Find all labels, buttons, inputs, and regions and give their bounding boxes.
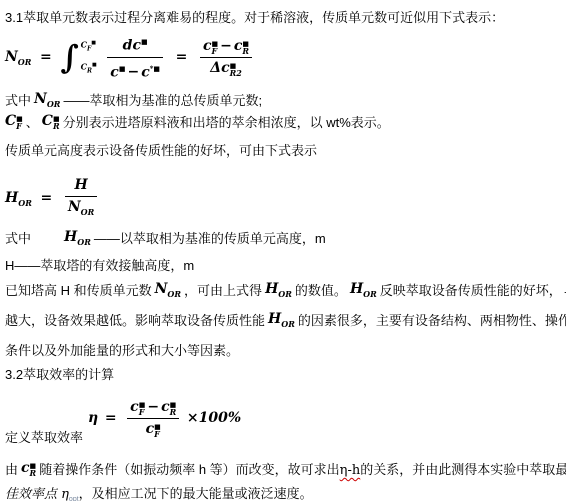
cf-inline: C■F [5, 113, 23, 129]
cf-supsub: ■F [212, 40, 219, 56]
htu-fraction: H NOR [65, 176, 97, 222]
integral-limits: CF■ CR■ [81, 39, 97, 75]
document-page: 3.1萃取单元数表示过程分离难易的程度。对于稀溶液，传质单元数可近似用下式表示：… [0, 0, 566, 501]
cr-change-line: 由c■R随着操作条件（如振动频率 h 等）而改变，故可求出η-h的关系，并由此测… [5, 459, 566, 480]
eta-symbol: η [88, 410, 98, 426]
where-ntu-desc: ——萃取相为基准的总传质单元数; [63, 93, 262, 108]
square-sup: ■ [91, 40, 96, 46]
integrand-denominator: c■−c*■ [107, 58, 163, 83]
equals-sign: = [40, 49, 52, 65]
ntu-formula: NOR = ∫ CF■ CR■ dc■ c■−c*■ = c■F−c■R Δc■… [5, 32, 256, 82]
where-label: 式中 [5, 93, 31, 108]
driving-force-numerator: c■F−c■R [200, 37, 252, 58]
section-3-2-title: 3.2萃取效率的计算 [5, 365, 114, 384]
enumeration-comma: 、 [26, 115, 39, 130]
sub-r: R [87, 67, 92, 74]
lower-limit: CR■ [81, 61, 97, 75]
var-c: c [110, 64, 119, 80]
efficiency-fraction: c■F−c■R c■F [127, 398, 179, 439]
var-n: N [5, 49, 18, 65]
change-b: 随着操作条件（如振动频率 h 等）而改变，故可求出 [39, 462, 339, 477]
square-sup: ■ [92, 62, 97, 68]
opt-subscript: opt [69, 496, 79, 501]
conditions-line: 条件以及外加能量的形式和大小等因素。 [5, 341, 239, 360]
cr-supsub: ■R [242, 40, 249, 56]
ntu-symbol: NOR [5, 49, 31, 65]
htu-denominator: NOR [65, 197, 97, 222]
htu-formula: HOR = H NOR [5, 176, 101, 222]
efficiency-numerator: c■F−c■R [127, 398, 179, 419]
minus-sign: − [147, 399, 159, 415]
sub-or: OR [18, 198, 32, 208]
where-label: 式中 [5, 231, 31, 246]
opt-a: 佳效率点 η [5, 487, 69, 501]
opt-b: ，及相应工况下的最大能量或液泛速度。 [79, 486, 313, 501]
optimal-point-line: 佳效率点 ηopt，及相应工况下的最大能量或液泛速度。 [5, 484, 313, 501]
htu-inline: HOR [268, 311, 295, 327]
known-a: 已知塔高 H 和传质单元数 [5, 283, 152, 298]
ntu-inline: NOR [34, 91, 60, 107]
times-100-percent: ×100% [187, 410, 241, 426]
dc-term: dc [123, 38, 141, 54]
integrand-fraction: dc■ c■−c*■ [107, 32, 163, 82]
concentration-desc: 分别表示进塔原料液和出塔的萃余相浓度，以 wt%表示。 [63, 115, 390, 130]
section-3-1-intro: 3.1萃取单元数表示过程分离难易的程度。对于稀溶液，传质单元数可近似用下式表示： [5, 8, 504, 27]
hor-factors-line: 越大，设备效果越低。影响萃取设备传质性能HOR的因素很多，主要有设备结构、两相物… [5, 310, 566, 334]
conditions-text: 条件以及外加能量的形式和大小等因素。 [5, 343, 239, 358]
concentration-line: C■F、C■R分别表示进塔原料液和出塔的萃余相浓度，以 wt%表示。 [5, 112, 390, 132]
known-d: 反映萃取设备传质性能的好坏， [380, 283, 562, 298]
upper-limit: CF■ [81, 39, 97, 53]
change-a: 由 [5, 462, 18, 477]
sub-or: OR [18, 56, 32, 66]
equals-sign-2: = [176, 49, 188, 65]
deltac-supsub: ■R2 [230, 62, 242, 78]
minus-sign-2: − [220, 38, 232, 54]
htu-intro-line: 传质单元高度表示设备传质性能的好坏，可由下式表示 [5, 141, 317, 160]
delta-c-term: Δc [210, 60, 229, 76]
equals-sign: = [105, 410, 117, 426]
efficiency-label-text: 定义萃取效率 [5, 430, 83, 445]
efficiency-denominator: c■F [127, 419, 179, 439]
known-height-line: 已知塔高 H 和传质单元数NOR，可由上式得HOR的数值。HOR反映萃取设备传质… [5, 280, 566, 304]
var-c-eq: c [141, 64, 150, 80]
where-ntu-line: 式中NOR——萃取相为基准的总传质单元数; [5, 90, 262, 114]
known-b: ，可由上式得 [184, 283, 262, 298]
efficiency-definition-label: 定义萃取效率 [5, 428, 83, 447]
ntu-inline: NOR [155, 281, 181, 297]
larger-b: 的因素很多，主要有设备结构、两相物性、操作 [298, 313, 566, 328]
larger-a: 越大，设备效果越低。影响萃取设备传质性能 [5, 313, 265, 328]
title-text: 3.2萃取效率的计算 [5, 367, 114, 382]
where-htu-desc: ——以萃取相为基准的传质单元高度，m [94, 231, 326, 246]
htu-symbol: HOR [5, 190, 32, 206]
cr-inline: c■R [21, 460, 36, 476]
equals-sign: = [40, 190, 52, 206]
minus-sign: − [127, 64, 139, 80]
eta-h-relation: η-h [340, 463, 361, 478]
change-c: 的关系，并由此测得本实验中萃取最 [360, 462, 566, 477]
htu-intro-text: 传质单元高度表示设备传质性能的好坏，可由下式表示 [5, 143, 317, 158]
driving-force-denominator: Δc■R2 [200, 58, 252, 78]
efficiency-formula: η = c■F−c■R c■F ×100% [88, 398, 241, 439]
htu-inline: HOR [350, 281, 377, 297]
driving-force-fraction: c■F−c■R Δc■R2 [200, 37, 252, 78]
tower-height-line: H——萃取塔的有效接触高度，m [5, 256, 194, 275]
tower-height-text: H——萃取塔的有效接触高度，m [5, 258, 194, 273]
cr-inline: C■R [42, 113, 60, 129]
intro-text: 3.1萃取单元数表示过程分离难易的程度。对于稀溶液，传质单元数可近似用下式表示： [5, 10, 504, 25]
square-sup: ■ [119, 64, 126, 73]
star-square-sup: *■ [150, 64, 160, 73]
sub-f: F [87, 45, 91, 52]
integral-sign: ∫ [60, 38, 79, 76]
var-h: H [5, 190, 18, 206]
square-sup: ■ [141, 37, 148, 46]
var-cf: c [203, 38, 212, 54]
known-c: 的数值。 [295, 283, 347, 298]
htu-inline: HOR [64, 229, 91, 245]
htu-numerator: H [65, 176, 97, 197]
integrand-numerator: dc■ [107, 32, 163, 58]
where-htu-line: 式中HOR——以萃取相为基准的传质单元高度，m [5, 228, 326, 252]
htu-inline: HOR [265, 281, 292, 297]
